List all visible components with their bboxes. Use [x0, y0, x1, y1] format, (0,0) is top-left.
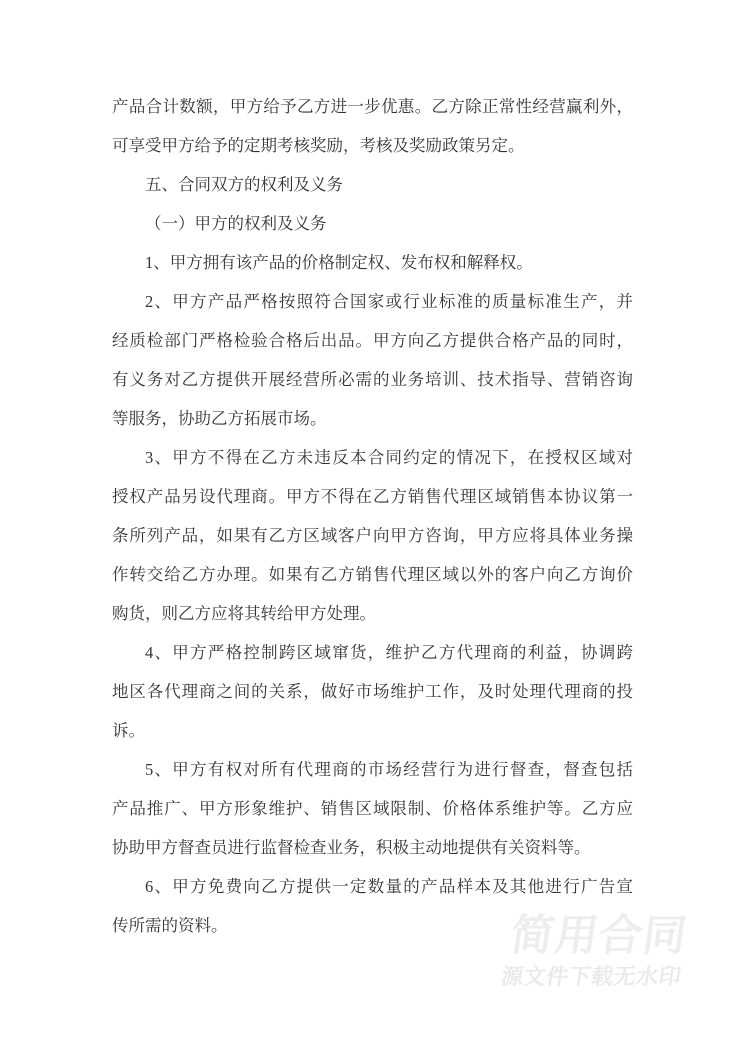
text-line: 经质检部门严格检验合格后出品。甲方向乙方提供合格产品的同时， [112, 321, 633, 360]
text-line: 产品合计数额，甲方给予乙方进一步优惠。乙方除正常性经营赢利外， [112, 87, 633, 126]
text-line: 6、甲方免费向乙方提供一定数量的产品样本及其他进行广告宣 [112, 867, 633, 906]
text-line: 协助甲方督查员进行监督检查业务，积极主动地提供有关资料等。 [112, 828, 633, 867]
contract-text-block: 产品合计数额，甲方给予乙方进一步优惠。乙方除正常性经营赢利外， 可享受甲方给予的… [112, 87, 633, 945]
text-line: 地区各代理商之间的关系，做好市场维护工作，及时处理代理商的投 [112, 672, 633, 711]
text-line: 1、甲方拥有该产品的价格制定权、发布权和解释权。 [112, 243, 633, 282]
section-heading: 五、合同双方的权利及义务 [112, 165, 633, 204]
text-line: 3、甲方不得在乙方未违反本合同约定的情况下，在授权区域对 [112, 438, 633, 477]
text-line: 4、甲方严格控制跨区域窜货，维护乙方代理商的利益，协调跨 [112, 633, 633, 672]
text-line: 产品推广、甲方形象维护、销售区域限制、价格体系维护等。乙方应 [112, 789, 633, 828]
text-line: 5、甲方有权对所有代理商的市场经营行为进行督查，督查包括 [112, 750, 633, 789]
text-line: 传所需的资料。 [112, 906, 633, 945]
text-line: 条所列产品，如果有乙方区域客户向甲方咨询，甲方应将具体业务操 [112, 516, 633, 555]
text-line: 等服务，协助乙方拓展市场。 [112, 399, 633, 438]
text-line: 授权产品另设代理商。甲方不得在乙方销售代理区域销售本协议第一 [112, 477, 633, 516]
subsection-heading: （一）甲方的权利及义务 [112, 204, 633, 243]
text-line: 可享受甲方给予的定期考核奖励，考核及奖励政策另定。 [112, 126, 633, 165]
text-line: 购货，则乙方应将其转给甲方处理。 [112, 594, 633, 633]
text-line: 2、甲方产品严格按照符合国家或行业标准的质量标准生产，并 [112, 282, 633, 321]
watermark-subtitle: 源文件下载无水印 [500, 965, 683, 989]
text-line: 作转交给乙方办理。如果有乙方销售代理区域以外的客户向乙方询价 [112, 555, 633, 594]
contract-page: 产品合计数额，甲方给予乙方进一步优惠。乙方除正常性经营赢利外， 可享受甲方给予的… [0, 0, 742, 1049]
text-line: 有义务对乙方提供开展经营所必需的业务培训、技术指导、营销咨询 [112, 360, 633, 399]
text-line: 诉。 [112, 711, 633, 750]
